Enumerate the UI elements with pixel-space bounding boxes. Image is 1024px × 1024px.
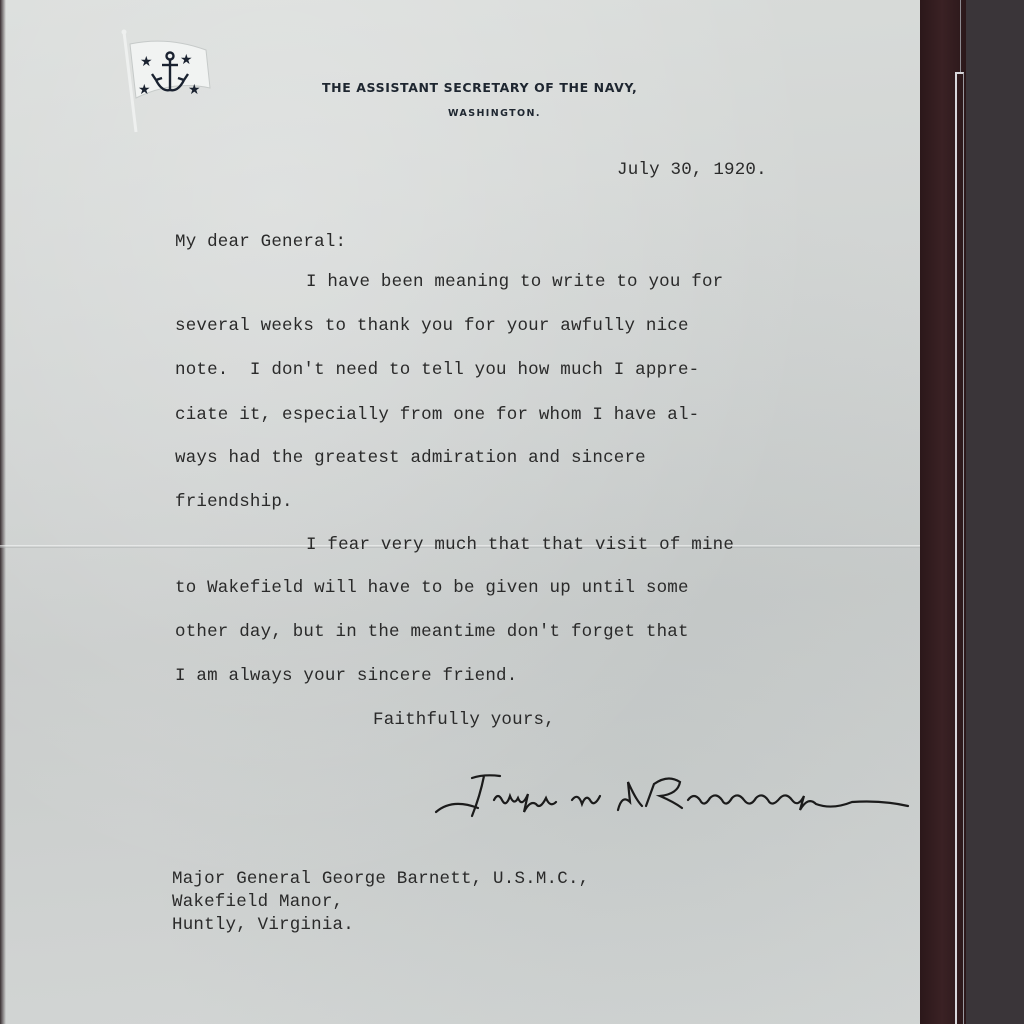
svg-text:★: ★: [138, 82, 151, 98]
paragraph2-line: to Wakefield will have to be given up un…: [175, 578, 689, 598]
letterhead-title: THE ASSISTANT SECRETARY OF THE NAVY,: [322, 80, 637, 95]
glass-edge: [955, 72, 964, 1024]
paragraph1-line: I have been meaning to write to you for: [306, 272, 723, 292]
paragraph1-line: several weeks to thank you for your awfu…: [175, 316, 689, 336]
svg-text:★: ★: [180, 52, 193, 68]
frame-backing: [966, 0, 1024, 1024]
recipient-line: Major General George Barnett, U.S.M.C.,: [172, 870, 589, 888]
recipient-line: Wakefield Manor,: [172, 893, 343, 911]
closing: Faithfully yours,: [373, 710, 555, 730]
signature: [432, 770, 912, 830]
paragraph2-line: I fear very much that that visit of mine: [306, 535, 734, 555]
recipient-line: Huntly, Virginia.: [172, 916, 354, 934]
svg-text:★: ★: [188, 82, 201, 98]
paragraph2-line: I am always your sincere friend.: [175, 666, 517, 686]
paragraph1-line: friendship.: [175, 492, 293, 512]
salutation: My dear General:: [175, 232, 346, 252]
svg-text:★: ★: [140, 54, 153, 70]
navy-flag-icon: ★ ★ ★ ★: [118, 28, 218, 138]
letter-paper: ★ ★ ★ ★ THE ASSISTANT SECRETARY OF THE N…: [0, 0, 920, 1024]
glass-line: [960, 0, 961, 72]
paragraph1-line: ways had the greatest admiration and sin…: [175, 448, 646, 468]
paragraph1-line: ciate it, especially from one for whom I…: [175, 405, 699, 425]
paragraph2-line: other day, but in the meantime don't for…: [175, 622, 689, 642]
letterhead-city: WASHINGTON.: [448, 108, 541, 119]
paragraph1-line: note. I don't need to tell you how much …: [175, 360, 699, 380]
paper-shadow: [0, 0, 6, 1024]
letter-date: July 30, 1920.: [617, 160, 767, 180]
